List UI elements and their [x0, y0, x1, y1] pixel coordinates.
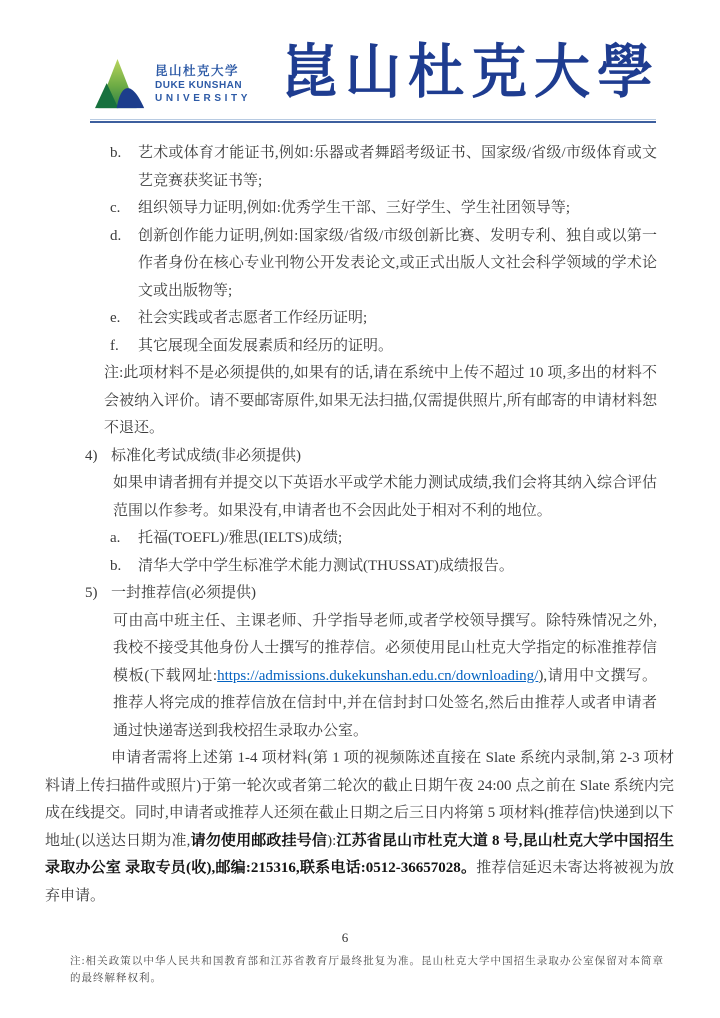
list-item-marker: f. [110, 333, 138, 361]
list-item-marker: e. [110, 305, 138, 333]
item-marker: 4) [85, 443, 111, 471]
note-paragraph: 注:此项材料不是必须提供的,如果有的话,请在系统中上传不超过 10 项,多出的材… [104, 360, 657, 443]
logo-en-name-line1: DUKE KUNSHAN [155, 79, 251, 92]
item-title: 标准化考试成绩(非必须提供) [111, 443, 657, 471]
item-title: 一封推荐信(必须提供) [111, 580, 657, 608]
logo-en-name-line2: UNIVERSITY [155, 92, 251, 105]
calligraphy-title: 崑山杜克大學 [282, 32, 660, 111]
list-item-b: b. 艺术或体育才能证书,例如:乐器或者舞蹈考级证书、国家级/省级/市级体育或文… [110, 140, 657, 195]
list-item-f: f. 其它展现全面发展素质和经历的证明。 [110, 333, 657, 361]
logo-cn-name: 昆山杜克大学 [155, 63, 251, 79]
list-item-text: 创新创作能力证明,例如:国家级/省级/市级创新比赛、发明专利、独自或以第一作者身… [138, 223, 657, 306]
list-item-text: 托福(TOEFL)/雅思(IELTS)成绩; [138, 525, 657, 553]
item-marker: 5) [85, 580, 111, 608]
document-page: 昆山杜克大学 DUKE KUNSHAN UNIVERSITY 崑山杜克大學 b.… [0, 0, 720, 1018]
list-item-marker: b. [110, 140, 138, 195]
list-item-marker: a. [110, 525, 138, 553]
list-item-c: c. 组织领导力证明,例如:优秀学生干部、三好学生、学生社团领导等; [110, 195, 657, 223]
footer-note: 注:相关政策以中华人民共和国教育部和江苏省教育厅最终批复为准。昆山杜克大学中国招… [70, 953, 664, 987]
sub-item-a: a. 托福(TOEFL)/雅思(IELTS)成绩; [110, 525, 657, 553]
list-item-text: 社会实践或者志愿者工作经历证明; [138, 305, 657, 333]
no-registered-mail-bold: 请勿使用邮政挂号信 [190, 833, 327, 849]
list-item-text: 组织领导力证明,例如:优秀学生干部、三好学生、学生社团领导等; [138, 195, 657, 223]
numbered-item-4: 4) 标准化考试成绩(非必须提供) [85, 443, 657, 471]
template-download-link[interactable]: https://admissions.dukekunshan.edu.cn/do… [217, 668, 538, 684]
closing-text-2: ): [327, 833, 336, 849]
item4-paragraph: 如果申请者拥有并提交以下英语水平或学术能力测试成绩,我们会将其纳入综合评估范围以… [113, 470, 657, 525]
sub-item-b: b. 清华大学中学生标准学术能力测试(THUSSAT)成绩报告。 [110, 553, 657, 581]
list-item-text: 其它展现全面发展素质和经历的证明。 [138, 333, 657, 361]
closing-paragraph: 申请者需将上述第 1-4 项材料(第 1 项的视频陈述直接在 Slate 系统内… [45, 745, 674, 910]
list-item-e: e. 社会实践或者志愿者工作经历证明; [110, 305, 657, 333]
dku-mountain-logo-icon [95, 56, 145, 112]
page-number: 6 [0, 930, 690, 946]
list-item-marker: c. [110, 195, 138, 223]
list-item-text: 清华大学中学生标准学术能力测试(THUSSAT)成绩报告。 [138, 553, 657, 581]
list-item-marker: d. [110, 223, 138, 306]
list-item-d: d. 创新创作能力证明,例如:国家级/省级/市级创新比赛、发明专利、独自或以第一… [110, 223, 657, 306]
header-divider [90, 119, 656, 123]
list-item-marker: b. [110, 553, 138, 581]
item5-paragraph: 可由高中班主任、主课老师、升学指导老师,或者学校领导撰写。除特殊情况之外,我校不… [113, 608, 657, 746]
list-item-text: 艺术或体育才能证书,例如:乐器或者舞蹈考级证书、国家级/省级/市级体育或文艺竞赛… [138, 140, 657, 195]
numbered-item-5: 5) 一封推荐信(必须提供) [85, 580, 657, 608]
document-body: b. 艺术或体育才能证书,例如:乐器或者舞蹈考级证书、国家级/省级/市级体育或文… [85, 140, 657, 910]
dku-logo: 昆山杜克大学 DUKE KUNSHAN UNIVERSITY [95, 56, 251, 112]
